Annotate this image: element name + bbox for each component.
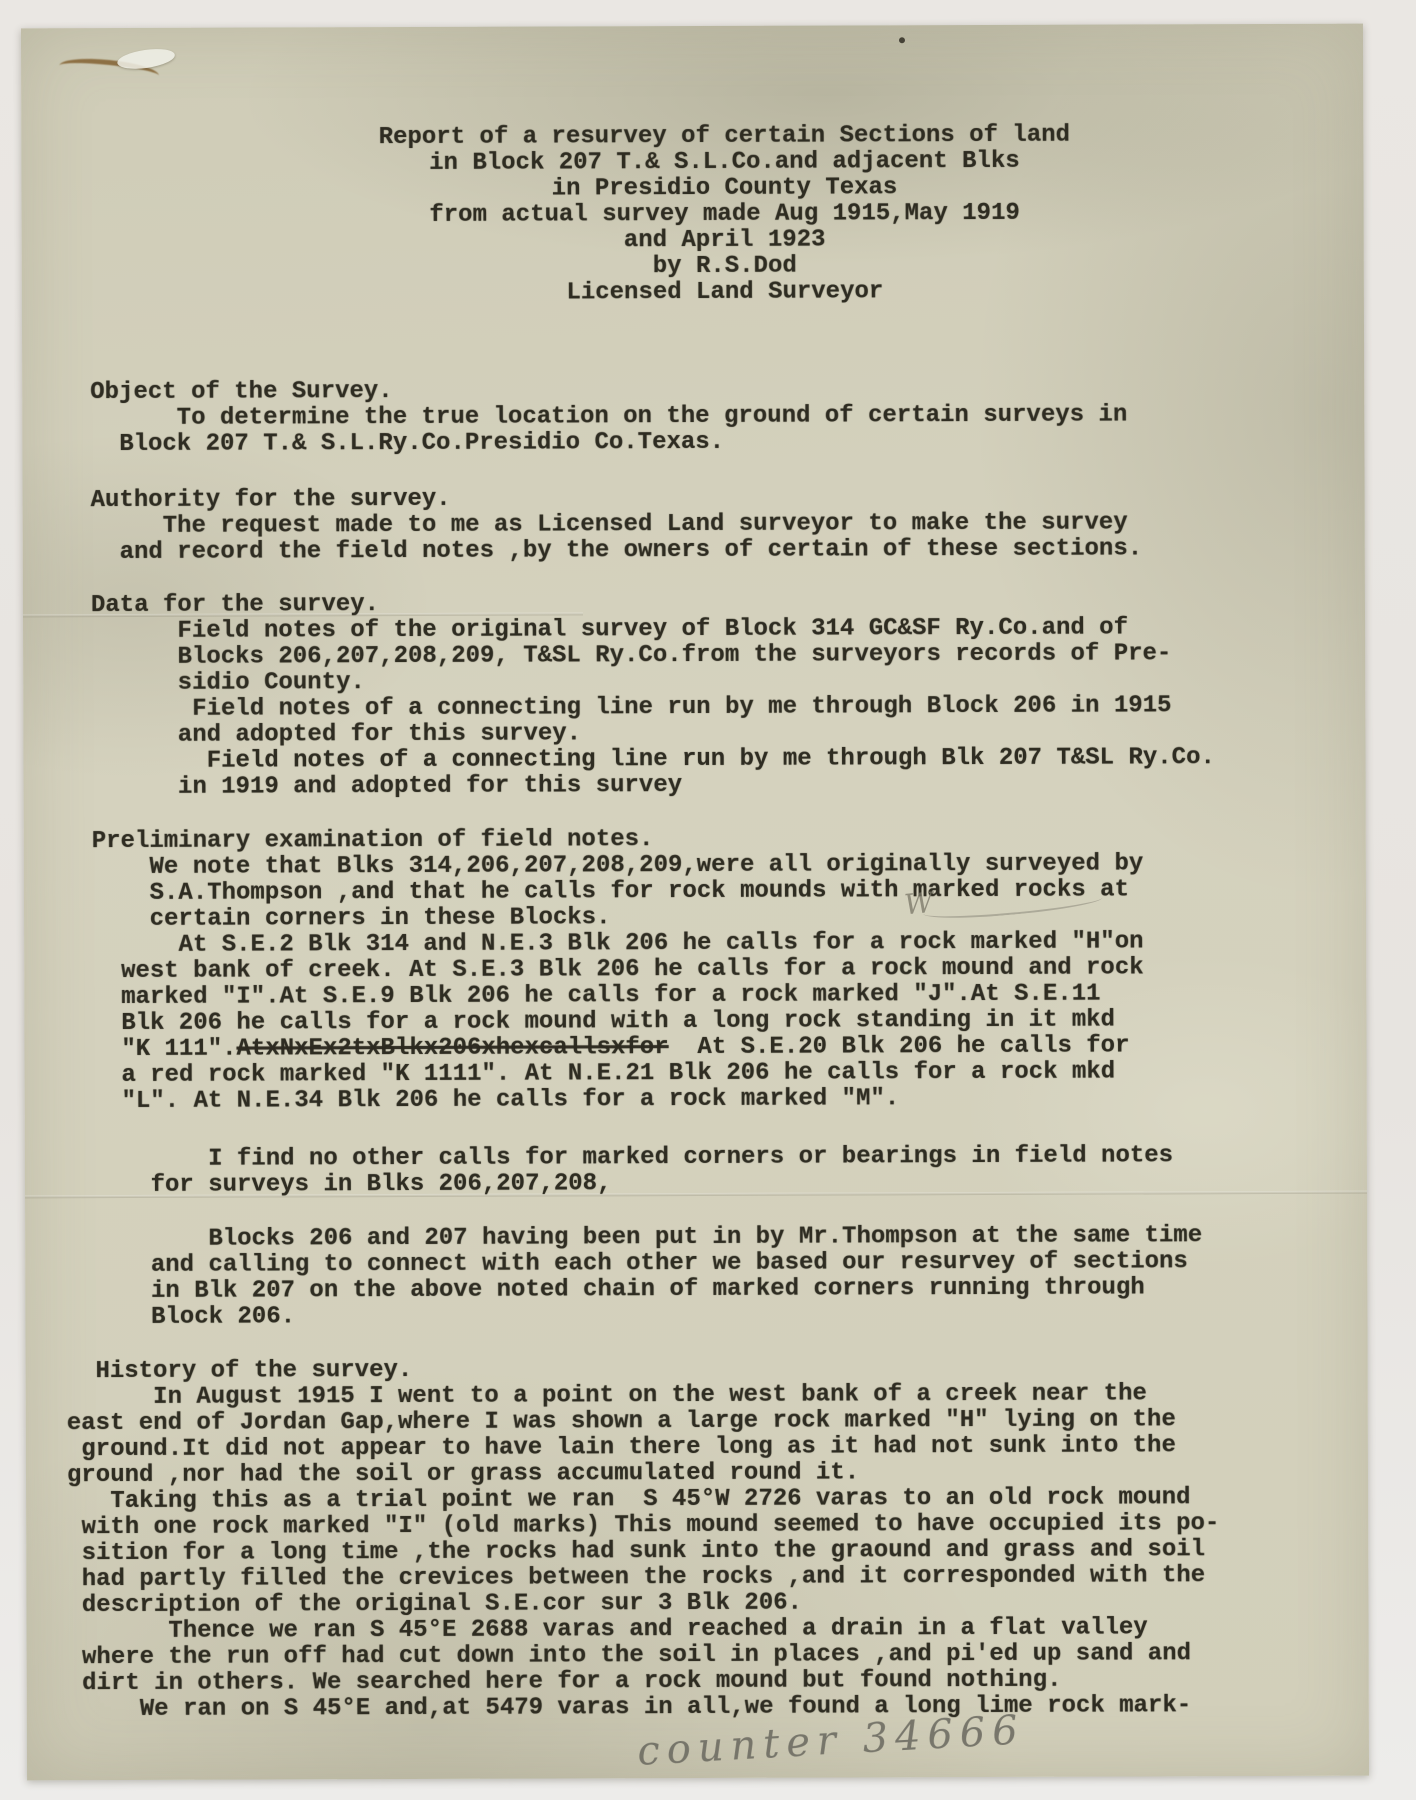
scanned-document-view: { "document": { "title_block": "Report o… xyxy=(0,0,1416,1800)
paragraph-blocks-206-207: Blocks 206 and 207 having been put in by… xyxy=(93,1223,1202,1331)
preliminary-text-part1: Preliminary examination of field notes. … xyxy=(92,826,1144,1063)
document-page: Report of a resurvey of certain Sections… xyxy=(21,24,1369,1781)
strike-line-suffix: At S.E.20 Blk 206 he calls for xyxy=(669,1032,1130,1061)
ink-speck xyxy=(899,37,905,43)
strike-line-prefix: "K 111". xyxy=(121,1036,236,1063)
typed-over-strikethrough-text: AtxNxEx2txBlkx206xhexcallsxfor xyxy=(236,1034,668,1063)
section-object-of-survey: Object of the Survey. To determine the t… xyxy=(90,376,1127,458)
section-authority-for-survey: Authority for the survey. The request ma… xyxy=(91,484,1143,566)
section-preliminary-examination: Preliminary examination of field notes. … xyxy=(92,825,1144,1115)
report-title-block: Report of a resurvey of certain Sections… xyxy=(53,122,1396,309)
section-data-for-survey: Data for the survey. Field notes of the … xyxy=(91,589,1215,801)
paragraph-no-other-calls: I find no other calls for marked corners… xyxy=(93,1143,1173,1199)
section-history-of-survey: History of the survey. In August 1915 I … xyxy=(67,1355,1220,1723)
